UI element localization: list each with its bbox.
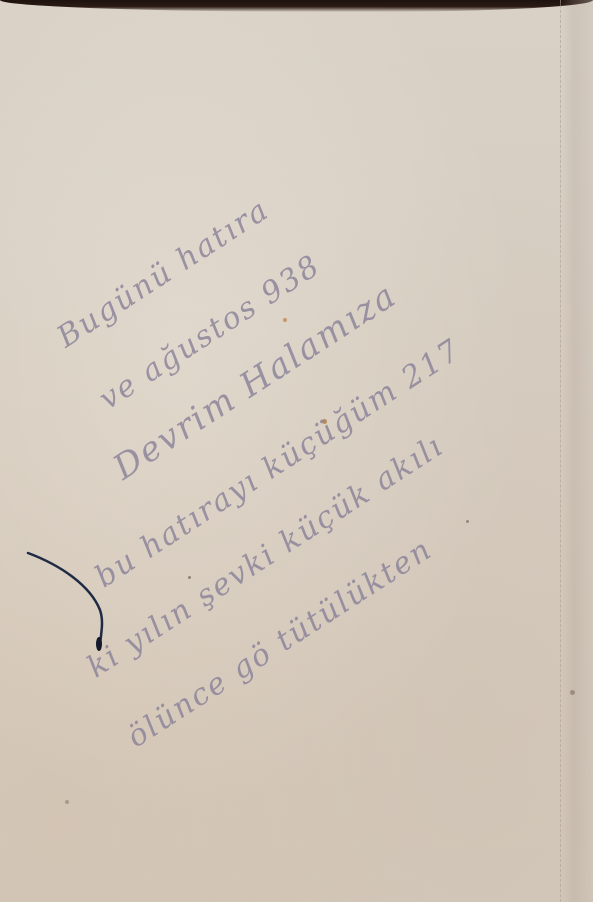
photo-card-back: Bugünü hatıra ve ağustos 938 Devrim Hala…	[0, 0, 593, 902]
pencil-handwriting: Bugünü hatıra ve ağustos 938 Devrim Hala…	[0, 0, 593, 902]
